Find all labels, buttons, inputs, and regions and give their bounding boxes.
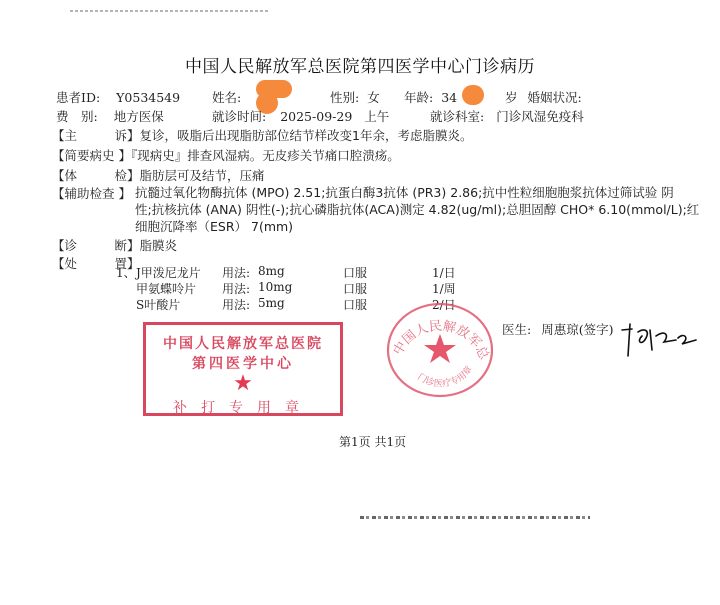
aux-line: 性;抗核抗体 (ANA) 阴性(-);抗心磷脂抗体(ACA)测定 4.82(ug…	[135, 201, 699, 218]
diagnosis-label: 【诊 断】	[52, 238, 140, 253]
diagnosis: 【诊 断】脂膜炎	[52, 236, 177, 254]
age-unit: 岁	[505, 90, 518, 105]
prescription-usage-label: 用法:	[222, 264, 250, 281]
prescription-route: 口服	[343, 280, 367, 297]
stamp-line-1: 中国人民解放军总医院	[146, 333, 340, 353]
gender-field: 性别: 女	[330, 88, 380, 106]
hospital-round-stamp: 中国人民解放军总医院 门诊医疗专用章	[384, 298, 496, 398]
scan-artifact-bottom	[360, 516, 590, 519]
visit-date: 2025-09-29	[280, 109, 352, 124]
patient-name-field: 姓名:	[212, 88, 241, 106]
gender-label: 性别:	[330, 90, 359, 105]
marital-field: 岁 婚姻状况:	[505, 88, 582, 106]
age-label: 年龄:	[404, 90, 433, 105]
chief-complaint-label: 【主 诉】	[52, 128, 140, 143]
doctor-name: 周惠琼(签字)	[541, 322, 613, 337]
prescription-dose: 10mg	[258, 280, 292, 294]
fee-value: 地方医保	[114, 109, 164, 124]
brief-history-text: 『现病史』排查风湿病。无皮疹关节痛口腔溃疡。	[131, 148, 400, 163]
fee-label: 费 别:	[56, 109, 98, 124]
age-field: 年龄: 34	[404, 88, 457, 106]
scan-artifact-top	[70, 10, 270, 12]
prescription-dose: 5mg	[258, 296, 285, 310]
auxiliary-exam-label: 【辅助检查 】	[52, 184, 131, 202]
stamp-line-3: 补打专用章	[146, 397, 340, 417]
page-indicator: 第1页 共1页	[339, 433, 406, 450]
prescription-drug: S叶酸片	[136, 296, 180, 313]
doctor-label: 医生:	[502, 322, 531, 337]
physical-exam-label: 【体 检】	[52, 168, 140, 183]
prescription-usage-label: 用法:	[222, 280, 250, 297]
dept-field: 就诊科室: 门诊风湿免疫科	[430, 107, 584, 125]
supplementary-print-stamp: 中国人民解放军总医院 第四医学中心 ★ 补打专用章	[143, 322, 343, 416]
prescription-usage-label: 用法:	[222, 296, 250, 313]
document-title: 中国人民解放军总医院第四医学中心门诊病历	[0, 52, 720, 77]
physical-exam-text: 脂肪层可及结节，压痛	[140, 168, 265, 183]
visit-time-field: 就诊时间: 2025-09-29 上午	[212, 107, 389, 125]
prescription-route: 口服	[343, 264, 367, 281]
patient-id-field: 患者ID: Y0534549	[56, 88, 180, 106]
fee-field: 费 别: 地方医保	[56, 107, 164, 125]
chief-complaint: 【主 诉】复诊，吸脂后出现脂肪部位结节样改变1年余，考虑脂膜炎。	[52, 126, 472, 144]
patient-name-label: 姓名:	[212, 90, 241, 105]
svg-text:门诊医疗专用章: 门诊医疗专用章	[416, 363, 475, 389]
prescription-dose: 8mg	[258, 264, 285, 278]
gender-value: 女	[367, 90, 380, 105]
prescription-drug: 甲氨蝶呤片	[136, 280, 196, 297]
doctor-signature	[620, 320, 710, 364]
doctor-field: 医生: 周惠琼(签字)	[502, 320, 613, 338]
stamp-line-2: 第四医学中心	[146, 353, 340, 373]
age-value: 34	[441, 90, 457, 105]
brief-history: 【简要病史 】『现病史』排查风湿病。无皮疹关节痛口腔溃疡。	[52, 146, 400, 164]
physical-exam: 【体 检】脂肪层可及结节，压痛	[52, 166, 265, 184]
prescription-drug: J甲泼尼龙片	[136, 264, 201, 281]
auxiliary-exam-text: 抗髓过氧化物酶抗体 (MPO) 2.51;抗蛋白酶3抗体 (PR3) 2.86;…	[135, 184, 699, 235]
patient-id-value: Y0534549	[116, 90, 180, 105]
dept-value: 门诊风湿免疫科	[496, 109, 584, 124]
brief-history-label: 【简要病史 】	[52, 148, 131, 163]
marital-label: 婚姻状况:	[528, 90, 582, 105]
star-icon: ★	[146, 373, 340, 395]
prescription-freq: 1/日	[432, 264, 456, 281]
chief-complaint-text: 复诊，吸脂后出现脂肪部位结节样改变1年余，考虑脂膜炎。	[140, 128, 473, 143]
prescription-route: 口服	[343, 296, 367, 313]
dept-label: 就诊科室:	[430, 109, 484, 124]
aux-line: 抗髓过氧化物酶抗体 (MPO) 2.51;抗蛋白酶3抗体 (PR3) 2.86;…	[135, 184, 699, 201]
patient-id-label: 患者ID:	[56, 90, 100, 105]
aux-line: 细胞沉降率（ESR） 7(mm)	[135, 218, 699, 235]
diagnosis-text: 脂膜炎	[140, 238, 178, 253]
redaction-age-mark	[462, 85, 484, 105]
prescription-prefix: 1、	[116, 264, 136, 281]
visit-period: 上午	[364, 109, 389, 124]
prescription-freq: 1/周	[432, 280, 456, 297]
visit-time-label: 就诊时间:	[212, 109, 266, 124]
